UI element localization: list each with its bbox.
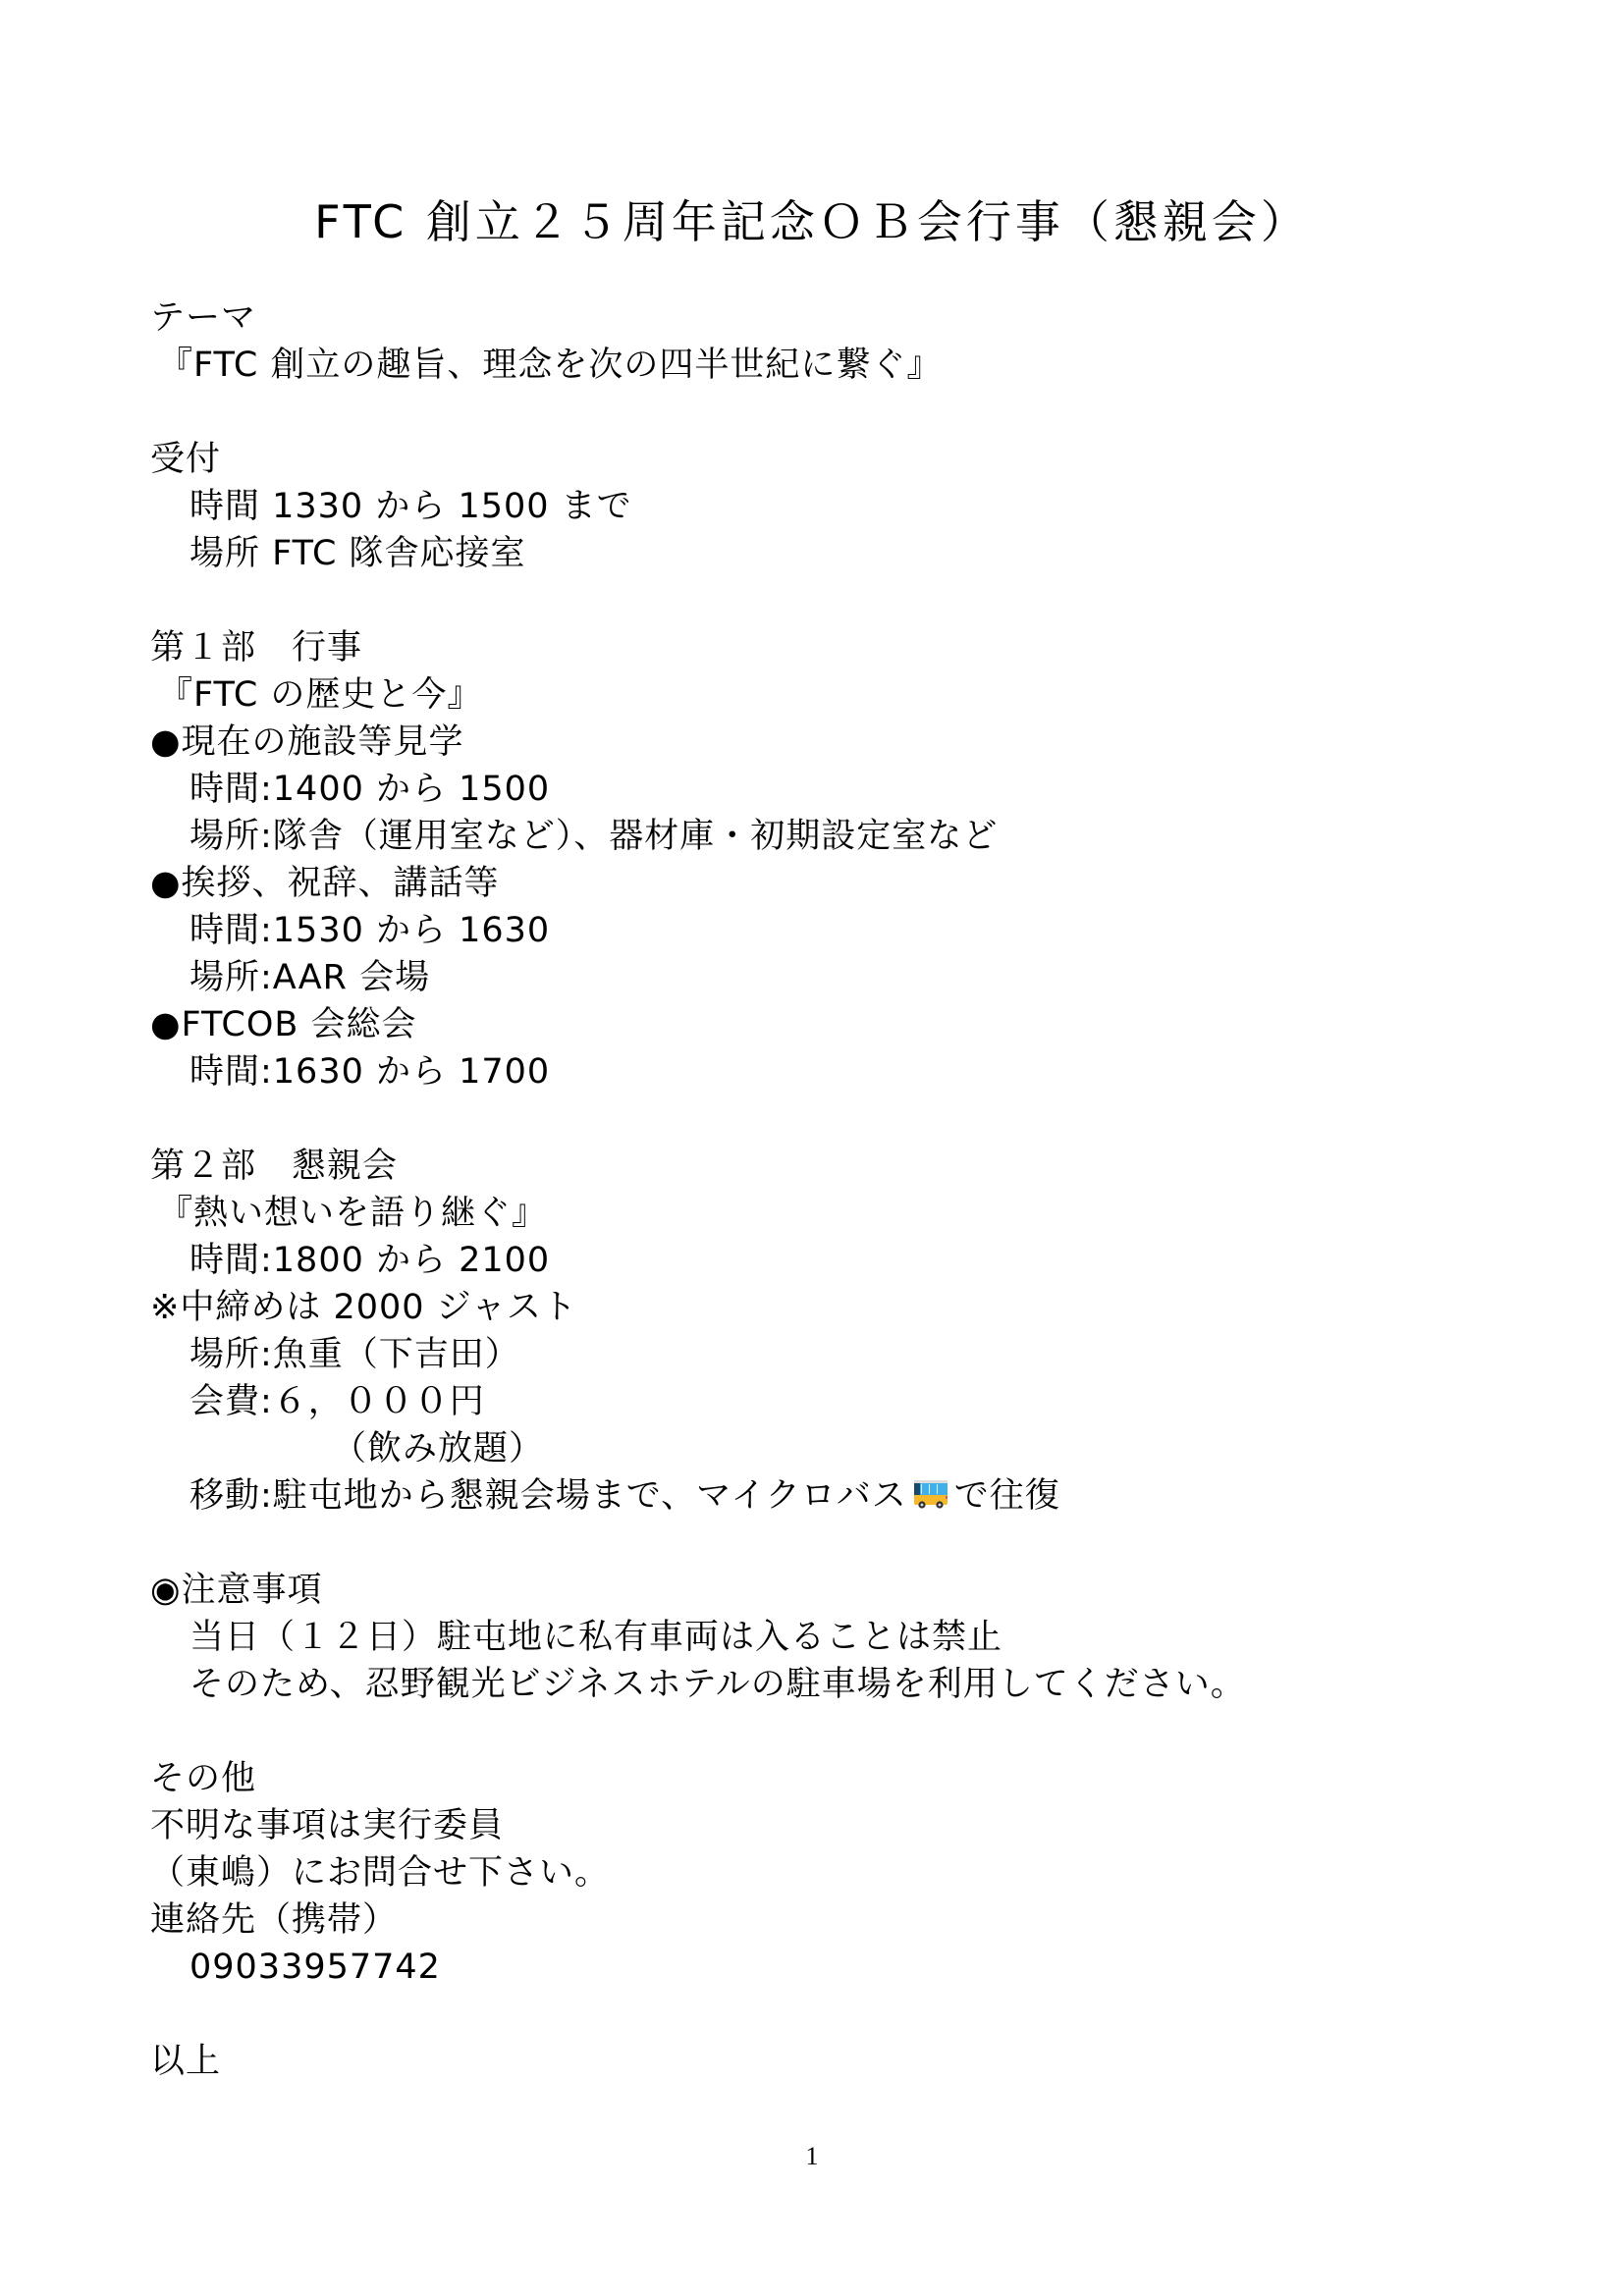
- part1-item-label: ●挨拶、祝辞、講話等: [150, 860, 1506, 907]
- part1-item-place: 場所:AAR 会場: [150, 954, 1506, 1001]
- part1-subtitle: 『FTC の歴史と今』: [150, 671, 1506, 719]
- document-body: テーマ 『FTC 創立の趣旨、理念を次の四半世紀に繋ぐ』 受付 時間 1330 …: [150, 294, 1506, 2085]
- transport-text-after: で往復: [954, 1476, 1060, 1516]
- part1-item-label: ●現在の施設等見学: [150, 719, 1506, 766]
- other-heading: その他: [150, 1755, 1506, 1802]
- closing-text: 以上: [150, 2038, 1506, 2085]
- spacer: [150, 577, 1506, 624]
- contact-label: 連絡先（携帯）: [150, 1896, 1506, 1944]
- part1-item-time: 時間:1630 から 1700: [150, 1048, 1506, 1095]
- spacer: [150, 1991, 1506, 2038]
- part1-heading: 第１部 行事: [150, 624, 1506, 671]
- part2-note: ※中締めは 2000 ジャスト: [150, 1284, 1506, 1331]
- reception-time: 時間 1330 から 1500 まで: [150, 483, 1506, 530]
- reception-place: 場所 FTC 隊舎応接室: [150, 530, 1506, 577]
- caution-line: そのため、忍野観光ビジネスホテルの駐車場を利用してください。: [150, 1661, 1506, 1708]
- transport-text: 移動:駐屯地から懇親会場まで、マイクロバス: [189, 1476, 907, 1516]
- spacer: [150, 1095, 1506, 1143]
- other-line: （東嶋）にお問合せ下さい。: [150, 1849, 1506, 1896]
- theme-heading: テーマ: [150, 294, 1506, 342]
- part1-item-place: 場所:隊舎（運用室など）、器材庫・初期設定室など: [150, 813, 1506, 860]
- part2-place: 場所:魚重（下吉田）: [150, 1331, 1506, 1378]
- part1-item-time: 時間:1400 から 1500: [150, 766, 1506, 813]
- part2-heading: 第２部 懇親会: [150, 1143, 1506, 1190]
- spacer: [150, 389, 1506, 436]
- part2-fee-note: （飲み放題）: [150, 1425, 1506, 1472]
- other-line: 不明な事項は実行委員: [150, 1802, 1506, 1849]
- reception-heading: 受付: [150, 436, 1506, 483]
- caution-heading: ◉注意事項: [150, 1567, 1506, 1614]
- part2-time: 時間:1800 から 2100: [150, 1237, 1506, 1284]
- document-title: FTC 創立２５周年記念ＯＢ会行事（懇親会）: [0, 192, 1624, 251]
- bus-icon: [911, 1476, 950, 1510]
- part2-transport: 移動:駐屯地から懇親会場まで、マイクロバス で往復: [150, 1472, 1506, 1520]
- part2-subtitle: 『熱い想いを語り継ぐ』: [150, 1190, 1506, 1237]
- part2-fee: 会費:６，０００円: [150, 1378, 1506, 1425]
- caution-line: 当日（１２日）駐屯地に私有車両は入ることは禁止: [150, 1614, 1506, 1661]
- part1-item-time: 時間:1530 から 1630: [150, 907, 1506, 954]
- page-number: 1: [0, 2142, 1624, 2171]
- part1-item-label: ●FTCOB 会総会: [150, 1001, 1506, 1048]
- spacer: [150, 1520, 1506, 1567]
- contact-phone: 09033957742: [150, 1944, 1506, 1991]
- spacer: [150, 1708, 1506, 1755]
- theme-text: 『FTC 創立の趣旨、理念を次の四半世紀に繋ぐ』: [150, 342, 1506, 389]
